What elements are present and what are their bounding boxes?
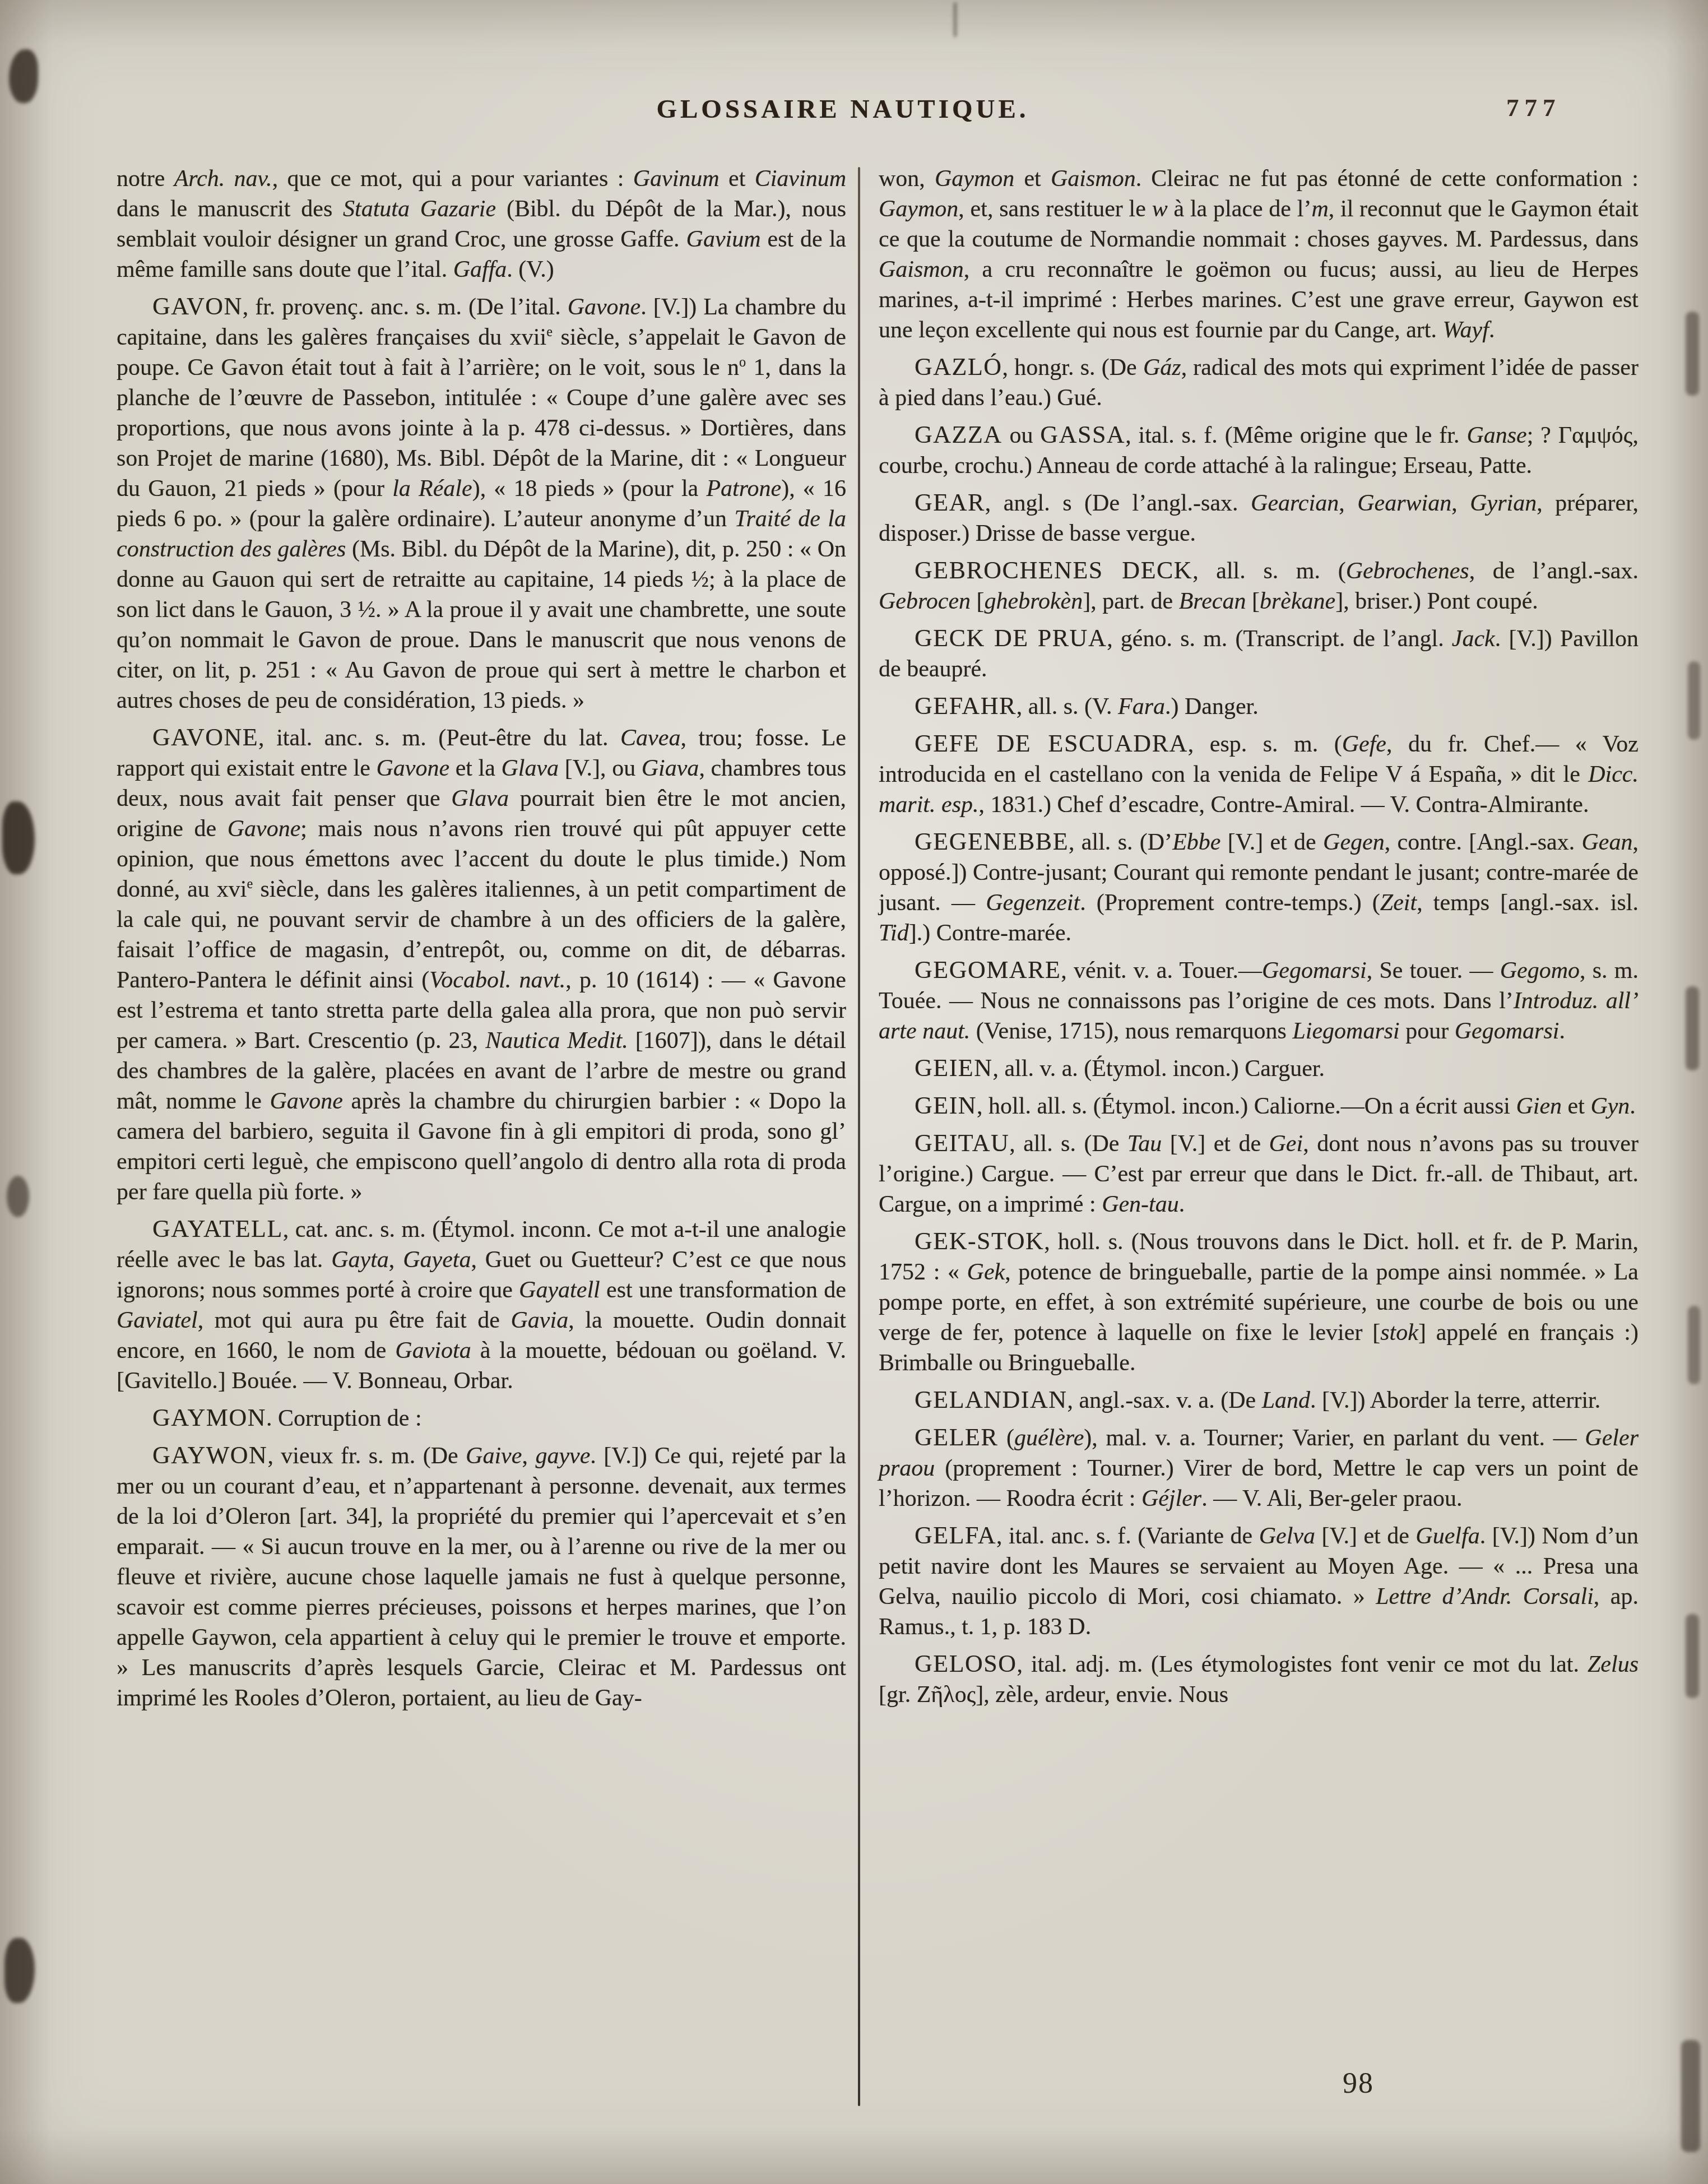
paragraph: GEBROCHENES DECK, all. s. m. (Gebrochene…: [879, 555, 1639, 616]
ink-smudge: [1686, 1614, 1699, 1698]
paragraph: GEGOMARE, vénit. v. a. Touer.—Gegomarsi,…: [879, 955, 1639, 1046]
ink-smudge: [954, 2, 957, 37]
paragraph: GEITAU, all. s. (De Tau [V.] et de Gei, …: [879, 1128, 1639, 1219]
paragraph: GEGENEBBE, all. s. (D’Ebbe [V.] et de Ge…: [879, 827, 1639, 948]
page-title: GLOSSAIRE NAUTIQUE.: [535, 94, 1151, 124]
paragraph: GAYWON, vieux fr. s. m. (De Gaive, gayve…: [117, 1440, 846, 1713]
paragraph: notre Arch. nav., que ce mot, qui a pour…: [117, 164, 846, 285]
page-number: 777: [1506, 93, 1585, 122]
paragraph: GECK DE PRUA, géno. s. m. (Transcript. d…: [879, 623, 1639, 684]
paragraph: GAYATELL, cat. anc. s. m. (Étymol. incon…: [117, 1214, 846, 1396]
ink-smudge: [1686, 312, 1699, 396]
ink-smudge: [1688, 1306, 1700, 1384]
ink-smudge: [2, 801, 35, 874]
paragraph: GELER (guélère), mal. v. a. Tourner; Var…: [879, 1422, 1639, 1514]
paragraph: GAZZA ou GASSA, ital. s. f. (Même origin…: [879, 420, 1639, 481]
paragraph: won, Gaymon et Gaismon. Cleirac ne fut p…: [879, 164, 1639, 345]
paragraph: GEAR, angl. s (De l’angl.-sax. Gearcian,…: [879, 488, 1639, 549]
paragraph: GEIN, holl. all. s. (Étymol. incon.) Cal…: [879, 1091, 1639, 1121]
ink-smudge: [4, 1938, 35, 2003]
paragraph: GAZLÓ, hongr. s. (De Gáz, radical des mo…: [879, 352, 1639, 413]
ink-smudge: [1688, 661, 1700, 740]
right-column: won, Gaymon et Gaismon. Cleirac ne fut p…: [879, 164, 1639, 1717]
paragraph: GEFAHR, all. s. (V. Fara.) Danger.: [879, 691, 1639, 722]
paragraph: GEFE DE ESCUADRA, esp. s. m. (Gefe, du f…: [879, 729, 1639, 820]
paragraph: GEIEN, all. v. a. (Étymol. incon.) Cargu…: [879, 1053, 1639, 1084]
paragraph: GAVON, fr. provenç. anc. s. m. (De l’ita…: [117, 291, 846, 716]
sheet-signature: 98: [1343, 2067, 1374, 2100]
ink-smudge: [1686, 986, 1699, 1070]
column-divider-rule: [858, 167, 860, 2106]
ink-smudge: [9, 49, 38, 103]
ink-smudge: [1681, 2040, 1700, 2152]
paragraph: GELANDIAN, angl.-sax. v. a. (De Land. [V…: [879, 1385, 1639, 1416]
paragraph: GAYMON. Corruption de :: [117, 1403, 846, 1434]
paragraph: GEK-STOK, holl. s. (Nous trouvons dans l…: [879, 1226, 1639, 1378]
left-column: notre Arch. nav., que ce mot, qui a pour…: [117, 164, 846, 1720]
ink-smudge: [7, 1176, 29, 1217]
paragraph: GELOSO, ital. adj. m. (Les étymologistes…: [879, 1649, 1639, 1710]
paragraph: GAVONE, ital. anc. s. m. (Peut-être du l…: [117, 722, 846, 1207]
paragraph: GELFA, ital. anc. s. f. (Variante de Gel…: [879, 1520, 1639, 1642]
scanned-page: { "colors": { "paper": "#d8d4ca", "ink":…: [0, 0, 1708, 2184]
